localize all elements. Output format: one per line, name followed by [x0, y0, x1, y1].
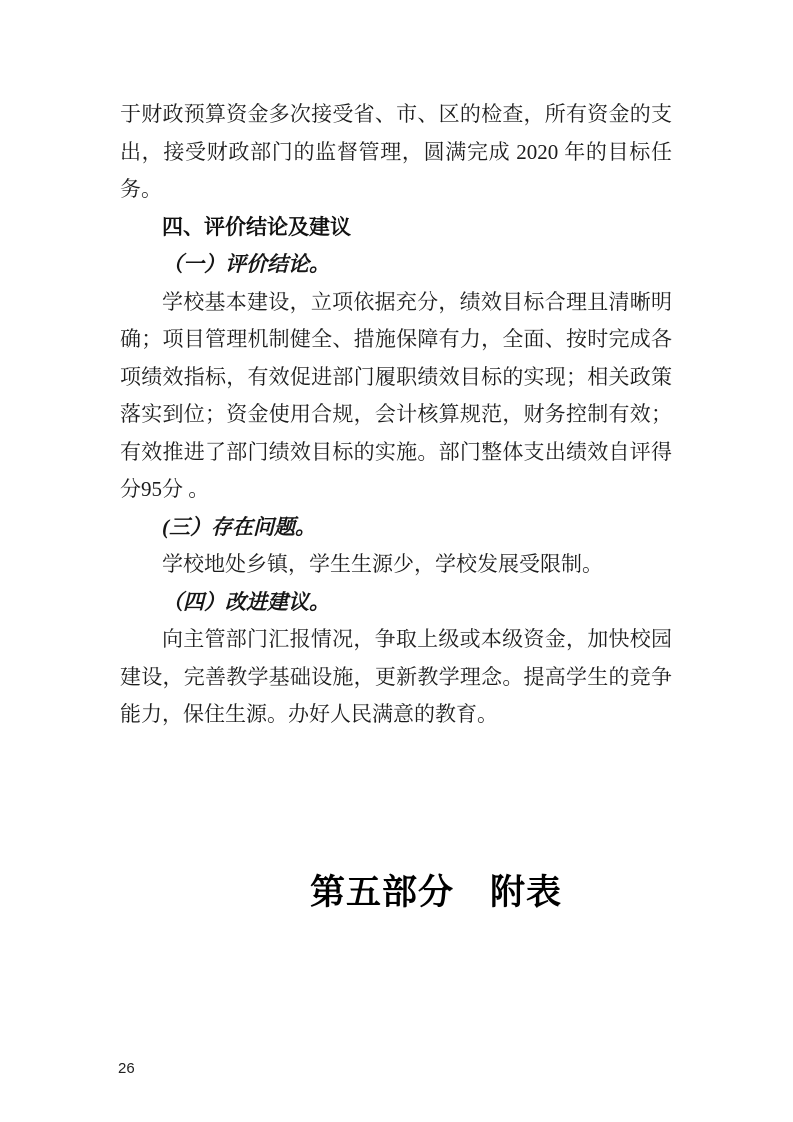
heading-suggestions: （四）改进建议。: [120, 584, 672, 622]
page-content: 于财政预算资金多次接受省、市、区的检查，所有资金的支出，接受财政部门的监督管理，…: [0, 0, 793, 916]
document-page: 于财政预算资金多次接受省、市、区的检查，所有资金的支出，接受财政部门的监督管理，…: [0, 0, 793, 1122]
paragraph-suggestions: 向主管部门汇报情况，争取上级或本级资金，加快校园建设，完善教学基础设施，更新教学…: [120, 621, 672, 734]
heading-conclusion: （一）评价结论。: [120, 246, 672, 284]
part-five-title: 第五部分 附表: [310, 870, 672, 916]
paragraph-problems: 学校地处乡镇，学生生源少，学校发展受限制。: [120, 546, 672, 584]
paragraph-continuation: 于财政预算资金多次接受省、市、区的检查，所有资金的支出，接受财政部门的监督管理，…: [120, 96, 672, 209]
heading-section-4: 四、评价结论及建议: [120, 209, 672, 247]
heading-problems: (三）存在问题。: [120, 509, 672, 547]
paragraph-conclusion: 学校基本建设，立项依据充分，绩效目标合理且清晰明确；项目管理机制健全、措施保障有…: [120, 284, 672, 509]
page-number: 26: [118, 1060, 135, 1078]
